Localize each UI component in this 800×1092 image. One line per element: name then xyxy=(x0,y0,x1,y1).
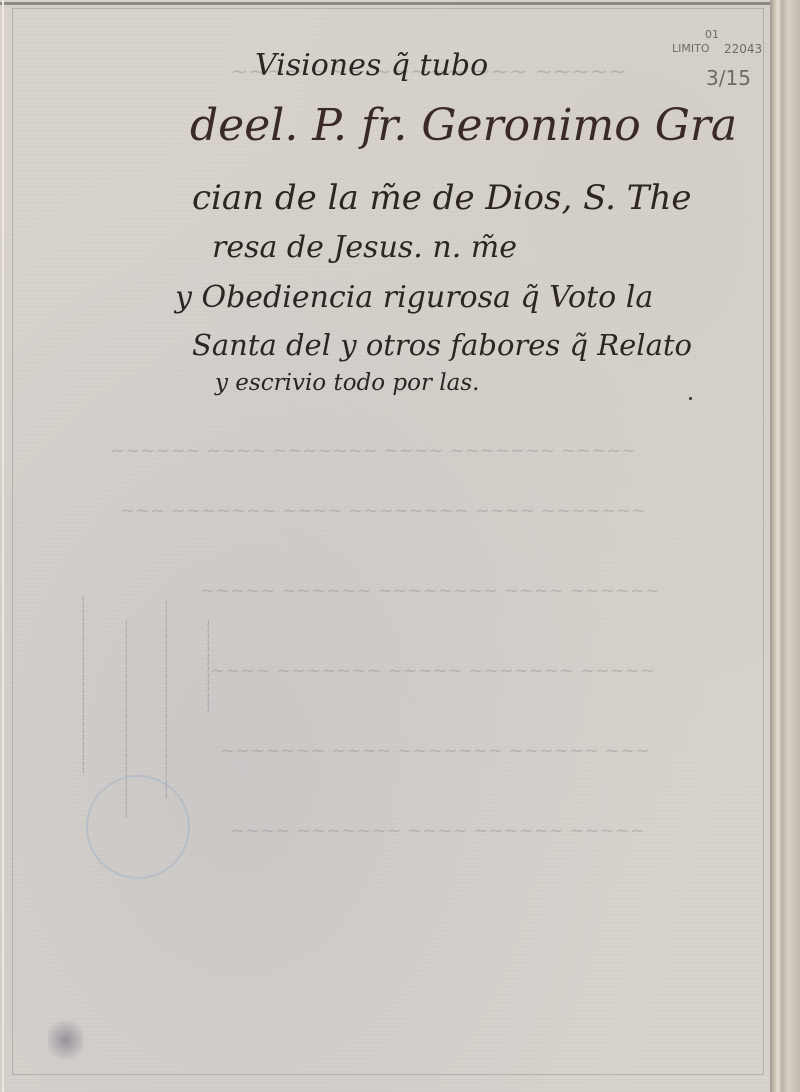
folio-number: 3/15 xyxy=(706,66,751,90)
bleed-line: ~~~~~~~ ~~~~ ~~~~~~~ ~~~~~~ ~~~ xyxy=(220,740,650,761)
title-line-7: y escrivio todo por las. xyxy=(215,370,480,396)
shelfmark: 22043 xyxy=(724,42,762,56)
bleed-line: ~~~~~~ ~~~~ ~~~~~~~ ~~~~ ~~~~~~~ ~~~~~ xyxy=(110,440,636,461)
page-top-edge xyxy=(0,2,770,5)
shelfmark-top: 01 xyxy=(705,28,719,41)
page-left-edge xyxy=(2,0,4,1092)
margin-ledger: ~~~~~~~~~~~~~~ xyxy=(200,620,216,820)
ink-dot xyxy=(689,397,692,400)
ink-smudge xyxy=(48,1015,83,1065)
bleed-line: ~~~~~ ~~~~~~ ~~~~~~~~ ~~~~ ~~~~~~ xyxy=(200,580,660,601)
title-line-2: deel. P. fr. Geronimo Gra xyxy=(190,100,737,151)
title-line-5: y Obediencia rigurosa q̃ Voto la xyxy=(175,280,653,315)
title-line-4: resa de Jesus. n. m̃e xyxy=(212,230,517,265)
manuscript-page: ~~~~ ~~~ ~~~~~ ~~~ ~~~~~ ~~~~~~ ~~~~ ~~~… xyxy=(0,0,800,1092)
margin-ledger: ~~~~~~~~~~~~~~~~~~~~~~~~~~~ xyxy=(75,595,91,945)
library-stamp xyxy=(86,775,190,879)
binding-edge xyxy=(770,0,800,1092)
title-line-6: Santa del y otros fabores q̃ Relato xyxy=(192,328,692,362)
title-line-3: cian de la m̃e de Dios, S. The xyxy=(192,178,691,218)
bleed-line: ~~~~ ~~~~~~~ ~~~~ ~~~~~~ ~~~~~ xyxy=(230,820,645,841)
title-line-1: Visiones q̃ tubo xyxy=(255,48,488,83)
bleed-line: ~~~~ ~~~~~~~ ~~~~~ ~~~~~~~ ~~~~~ xyxy=(210,660,655,681)
shelfmark-prefix: LIMITO xyxy=(672,42,710,55)
bleed-line: ~~~ ~~~~~~~ ~~~~ ~~~~~~~~ ~~~~ ~~~~~~~ xyxy=(120,500,646,521)
